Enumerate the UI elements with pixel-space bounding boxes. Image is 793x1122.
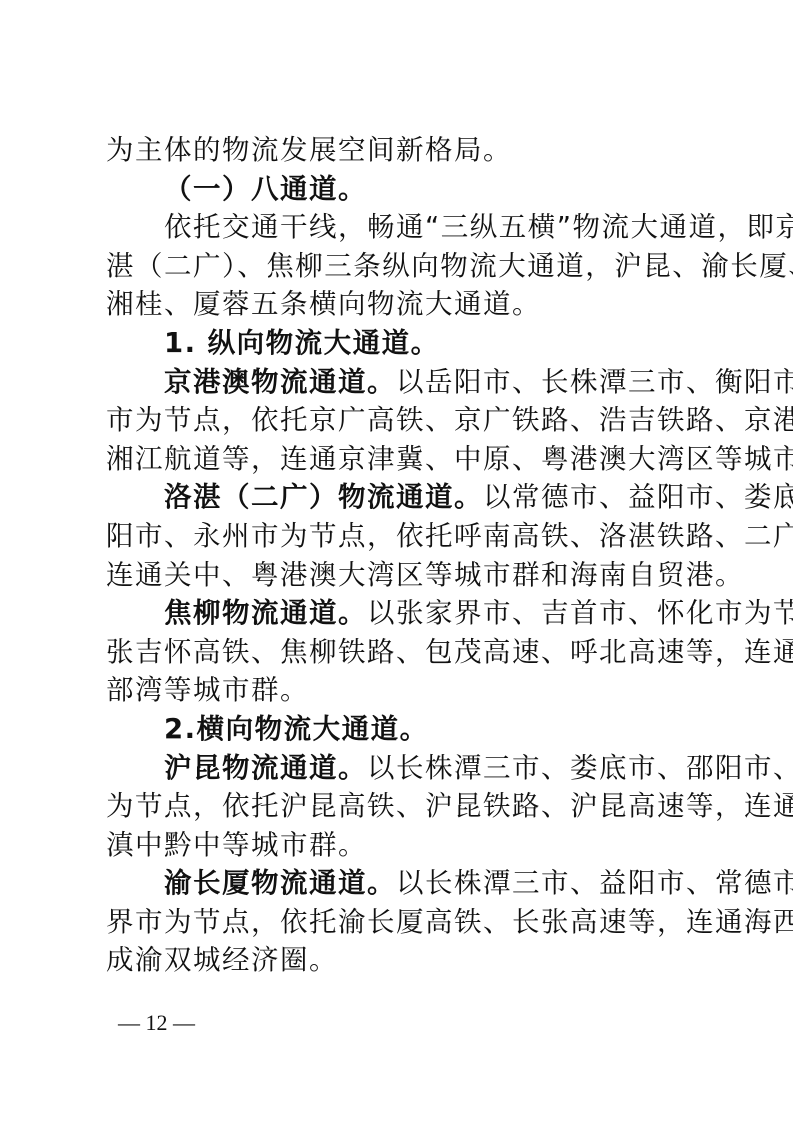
paragraph-line: 张吉怀高铁、焦柳铁路、包茂高速、呼北高速等，连通关中、北 <box>106 633 696 672</box>
paragraph-line: 洛湛（二广）物流通道。以常德市、益阳市、娄底市、邵 <box>106 478 696 517</box>
paragraph-line: 京港澳物流通道。以岳阳市、长株潭三市、衡阳市、郴州 <box>106 363 696 402</box>
paragraph-line: 为主体的物流发展空间新格局。 <box>106 131 696 170</box>
channel-title: 沪昆物流通道。 <box>164 752 367 784</box>
paragraph-line: 连通关中、粤港澳大湾区等城市群和海南自贸港。 <box>106 556 696 595</box>
section-heading: （一）八通道。 <box>106 170 696 209</box>
paragraph-text: 以岳阳市、长株潭三市、衡阳市、郴州 <box>396 366 793 398</box>
paragraph-line: 依托交通干线，畅通“三纵五横”物流大通道，即京港澳、洛 <box>106 208 696 247</box>
paragraph-line: 湛（二广）、焦柳三条纵向物流大通道，沪昆、渝长厦、杭瑞、 <box>106 247 696 286</box>
paragraph-line: 沪昆物流通道。以长株潭三市、娄底市、邵阳市、怀化市 <box>106 749 696 788</box>
paragraph-text: 以长株潭三市、益阳市、常德市、张家 <box>396 867 793 899</box>
paragraph-line: 渝长厦物流通道。以长株潭三市、益阳市、常德市、张家 <box>106 864 696 903</box>
channel-title: 焦柳物流通道。 <box>164 597 367 629</box>
paragraph-line: 焦柳物流通道。以张家界市、吉首市、怀化市为节点，依托 <box>106 594 696 633</box>
page-number: — 12 — <box>118 1010 195 1036</box>
subsection-heading: 2.横向物流大通道。 <box>106 710 696 749</box>
paragraph-line: 界市为节点，依托渝长厦高铁、长张高速等，连通海西城市群、 <box>106 903 696 942</box>
paragraph-line: 为节点，依托沪昆高铁、沪昆铁路、沪昆高速等，连通长三角、 <box>106 787 696 826</box>
paragraph-text: 以长株潭三市、娄底市、邵阳市、怀化市 <box>367 752 793 784</box>
paragraph-line: 滇中黔中等城市群。 <box>106 826 696 865</box>
paragraph-line: 阳市、永州市为节点，依托呼南高铁、洛湛铁路、二广高速等， <box>106 517 696 556</box>
paragraph-line: 湘桂、厦蓉五条横向物流大通道。 <box>106 285 696 324</box>
channel-title: 京港澳物流通道。 <box>164 366 396 398</box>
paragraph-text: 以常德市、益阳市、娄底市、邵 <box>483 481 793 513</box>
channel-title: 渝长厦物流通道。 <box>164 867 396 899</box>
document-body: 为主体的物流发展空间新格局。 （一）八通道。 依托交通干线，畅通“三纵五横”物流… <box>106 131 696 980</box>
paragraph-line: 市为节点，依托京广高铁、京广铁路、浩吉铁路、京港澳高速、 <box>106 401 696 440</box>
paragraph-line: 湘江航道等，连通京津冀、中原、粤港澳大湾区等城市群。 <box>106 440 696 479</box>
channel-title: 洛湛（二广）物流通道。 <box>164 481 483 513</box>
paragraph-line: 成渝双城经济圈。 <box>106 941 696 980</box>
subsection-heading: 1. 纵向物流大通道。 <box>106 324 696 363</box>
paragraph-text: 以张家界市、吉首市、怀化市为节点，依托 <box>367 597 793 629</box>
paragraph-line: 部湾等城市群。 <box>106 671 696 710</box>
